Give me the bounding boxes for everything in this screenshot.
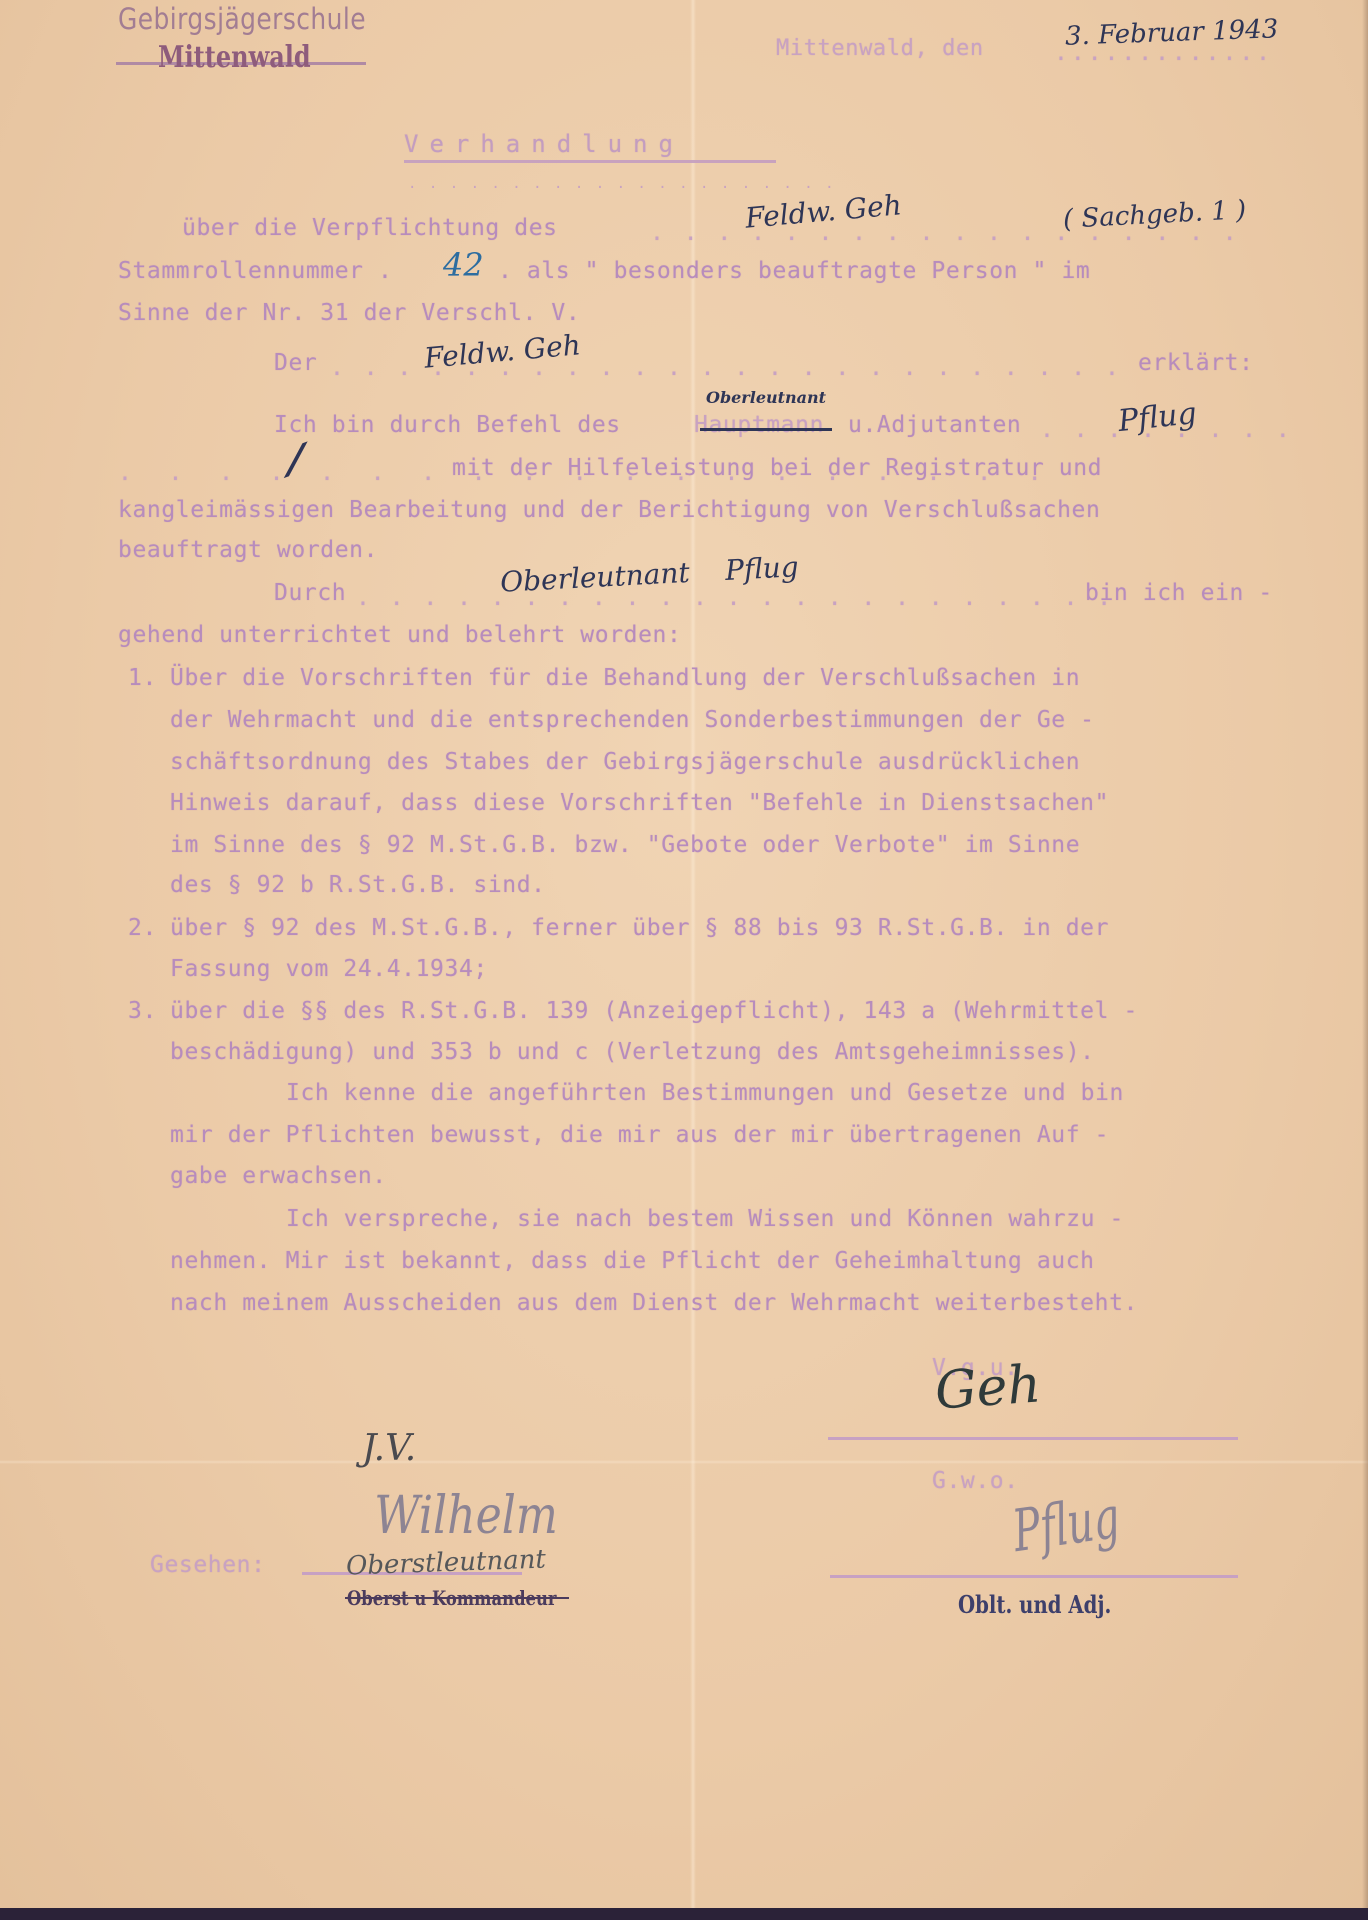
vgu-signature: Geh (933, 1354, 1043, 1421)
fill-dots: . . . . . . . . . . . . . . . . . . . . … (356, 585, 1114, 611)
title-underline (404, 160, 776, 163)
item-1-line: Hinweis darauf, dass diese Vorschriften … (170, 790, 1109, 816)
body-line-2-suffix: . als " besonders beauftragte Person " i… (498, 258, 1090, 284)
scan-border (0, 1908, 1368, 1920)
strikethrough (700, 428, 832, 431)
body-line-9-prefix: Durch (274, 580, 346, 606)
gwo-signature: Pflug (1009, 1483, 1124, 1565)
document-page: Gebirgsjägerschule Mittenwald Mittenwald… (0, 0, 1368, 1908)
gwo-label: G.w.o. (932, 1468, 1019, 1494)
body-line-6: mit der Hilfeleistung bei der Registratu… (452, 455, 1102, 481)
horizontal-fold (0, 1460, 1368, 1464)
body-line-3: Sinne der Nr. 31 der Verschl. V. (118, 300, 580, 326)
document-title: Verhandlung (404, 130, 684, 158)
gesehen-label: Gesehen: (150, 1552, 266, 1578)
letterhead-town: Mittenwald (158, 40, 311, 75)
body-line-5-prefix: Ich bin durch Befehl des (274, 412, 621, 438)
vertical-fold (690, 0, 696, 1908)
item-1-line: der Wehrmacht und die entsprechenden Son… (170, 707, 1095, 733)
item-2-number: 2. (128, 915, 157, 941)
item-3-line: über die §§ des R.St.G.B. 139 (Anzeigepf… (170, 998, 1138, 1024)
gwo-rank-stamp: Oblt. und Adj. (958, 1590, 1111, 1619)
page-edge (1362, 0, 1368, 1908)
handwritten-rank: Oberstleutnant (346, 1545, 547, 1582)
jv-note: J.V. (362, 1428, 416, 1469)
item-3-line: beschädigung) und 353 b und c (Verletzun… (170, 1039, 1095, 1065)
gesehen-signature: Wilhelm (374, 1486, 558, 1546)
body-line-4-suffix: erklärt: (1138, 350, 1254, 376)
body-line-5-suffix: u.Adjutanten (848, 412, 1021, 438)
handwritten-rank-correction: Oberleutnant (706, 388, 826, 407)
body-line-7: kangleimässigen Bearbeitung und der Beri… (118, 497, 1100, 523)
body-line-8: beauftragt worden. (118, 537, 378, 563)
body-line-9-suffix: bin ich ein - (1085, 580, 1273, 606)
letterhead-school: Gebirgsjägerschule (118, 2, 366, 36)
item-1-line: im Sinne des § 92 M.St.G.B. bzw. "Gebote… (170, 832, 1080, 858)
body-line-2-prefix: Stammrollennummer . (118, 258, 393, 284)
item-3-number: 3. (128, 998, 157, 1024)
item-1-line: schäftsordnung des Stabes der Gebirgsjäg… (170, 749, 1080, 775)
item-1-number: 1. (128, 665, 157, 691)
body-line-4-prefix: Der (274, 350, 317, 376)
item-1-line: Über die Vorschriften für die Behandlung… (170, 665, 1080, 691)
closing-line: Ich kenne die angeführten Bestimmungen u… (286, 1080, 1124, 1106)
struck-rank: Hauptmann (694, 412, 824, 438)
strikethrough (345, 1597, 569, 1599)
dateline-place: Mittenwald, den (776, 36, 984, 61)
closing-line: Ich verspreche, sie nach bestem Wissen u… (286, 1206, 1124, 1232)
item-2-line: Fassung vom 24.4.1934; (170, 956, 488, 982)
body-line-1: über die Verpflichtung des (182, 215, 558, 241)
closing-line: nach meinem Ausscheiden aus dem Dienst d… (170, 1290, 1138, 1316)
title-dots: . . . . . . . . . . . . . . . . . . . . … (408, 176, 836, 192)
closing-line: nehmen. Mir ist bekannt, dass die Pflich… (170, 1248, 1095, 1274)
signature-line-gwo (830, 1575, 1238, 1578)
closing-line: mir der Pflichten bewusst, die mir aus d… (170, 1122, 1109, 1148)
handwritten-roll-number: 42 (443, 246, 484, 284)
signature-line-vgu (828, 1437, 1238, 1440)
closing-line: gabe erwachsen. (170, 1163, 387, 1189)
item-2-line: über § 92 des M.St.G.B., ferner über § 8… (170, 915, 1109, 941)
body-line-10: gehend unterrichtet und belehrt worden: (118, 622, 681, 648)
item-1-line: des § 92 b R.St.G.B. sind. (170, 872, 546, 898)
